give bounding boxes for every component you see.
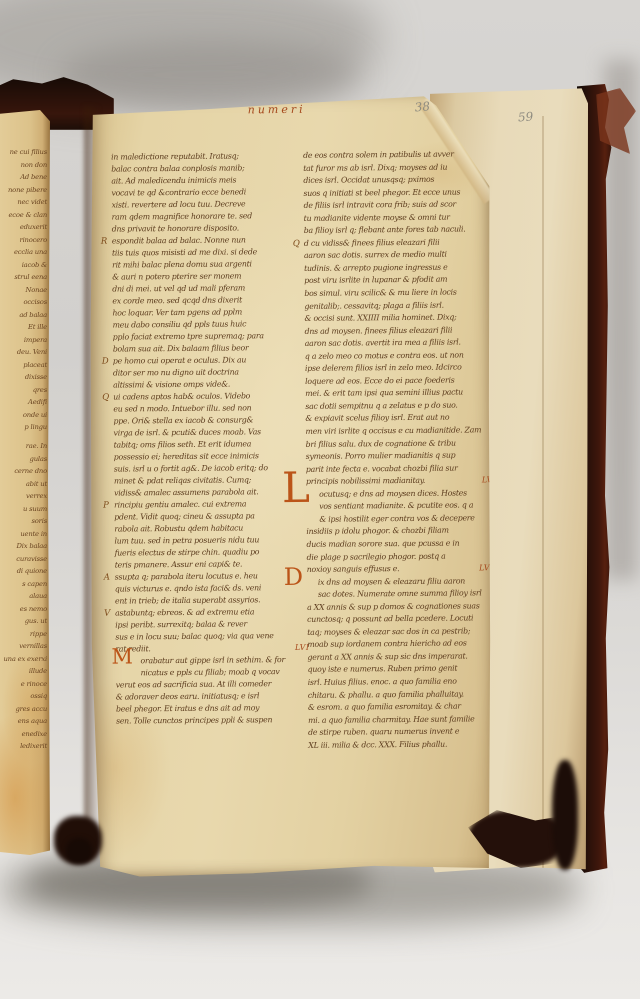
line-text: principis nobilissimi madianitay. — [306, 476, 425, 486]
fragment-line: Nonae — [1, 284, 47, 297]
line-text: dns privavit te honorare disposito. — [112, 223, 239, 233]
fragment-line: ecclia una — [1, 246, 47, 259]
line-text: ditor ser mo nu digno uit doctrina — [113, 367, 239, 377]
written-page: numeri 38 in maledictione reputabit. Ira… — [85, 94, 496, 877]
line-text: balac contra balaa conplosis manib; — [111, 163, 244, 173]
fragment-line: impera — [1, 334, 47, 347]
margin-initial: V — [104, 608, 110, 620]
line-text: pplo faciat extremo tpre supremaq; para — [113, 331, 264, 341]
fragment-line: none pibere — [1, 184, 47, 197]
line-text: de stirpe ruben. quaru numerus invent e — [308, 727, 459, 737]
fragment-line: gus. ut — [1, 615, 47, 628]
line-text: dni di mei. ut vel qd ud mali pferam — [112, 283, 245, 293]
text-column-right: de eos contra solem in patibulis ut avve… — [303, 148, 504, 752]
line-text: tu madianite vidente moyse & omni tur — [304, 212, 450, 222]
line-text: isrl. Huius filius. enoc. a quo familia … — [308, 677, 457, 687]
margin-initial: A — [104, 572, 110, 584]
fragment-line: verrex — [1, 490, 47, 503]
line-text: men viri isrlite q occisus e cu madianit… — [305, 425, 481, 436]
fragment-line: ens aqua — [1, 715, 47, 728]
line-text: symeonis. Porro mulier madianitis q sup — [306, 451, 456, 461]
line-text: vos sentiant madianite. & pcutite eos. q… — [319, 501, 473, 511]
line-text: espondit balaa ad balac. Nonne nun — [112, 235, 246, 245]
line-text: sac dotii sempitnu q a zelatus e p do su… — [305, 400, 457, 410]
rubricated-initial-m: M — [111, 646, 133, 667]
line-text: bos simul. viru scilic& & mu liere in lo… — [304, 288, 456, 298]
line-text: beel phegor. Et iratus e dns ait ad moy — [116, 703, 259, 713]
line-text: a XX annis & sup p domos & cognationes s… — [307, 601, 480, 612]
fragment-line: ad balaa — [1, 309, 47, 322]
margin-initial: R — [101, 236, 107, 248]
line-text: XL iii. milia & dcc. XXX. Filius phallu. — [308, 739, 447, 749]
line-text: ssupta q; parabola iteru locutus e. heu — [115, 571, 258, 581]
line-text: tat furor ms ab isrl. Dixq; moyses ad iu — [303, 162, 447, 172]
line-text: ducis madian sorore sua. que pcussa e in — [306, 538, 459, 548]
fragment-line: ecoe & clan — [1, 209, 47, 222]
fragment-line: Dix balaa — [1, 540, 47, 553]
line-text: & occisi sunt. XXIIII milia hominet. Dix… — [304, 313, 456, 323]
margin-initial: D — [102, 356, 109, 368]
fragment-line: uente in — [1, 528, 47, 541]
line-text: de filiis isrl intravit cora frib; suis … — [304, 200, 457, 210]
fragment-line: abit ut — [1, 478, 47, 491]
line-text: lum tuu. sed in petra posueris nidu tuu — [114, 535, 259, 545]
line-text: sus e in locu suu; balac quoq; via qua v… — [115, 631, 273, 641]
line-text: & auri n potero pterire ser monem — [112, 271, 241, 281]
line-text: noxioy sanguis effusus e. — [307, 564, 400, 574]
fragment-line: soris — [1, 515, 47, 528]
line-text: mei. & erit tam ipsi qua semini illius p… — [305, 388, 463, 398]
fragment-line: illude — [1, 665, 47, 678]
line-text: insidiis p idolu phogor. & chozbi filiam — [306, 526, 448, 536]
line-text: post viru isrlite in lupanar & pfodit am — [304, 275, 447, 285]
line-text: & expiavit scelus filioy isrl. Erat aut … — [305, 413, 449, 423]
line-text: ex corde meo. sed qcqd dns dixerit — [112, 295, 242, 305]
line-text: sac dotes. Numerate omne summa filioy is… — [318, 588, 482, 598]
line-text: possessio ei; hereditas sit ecce inimici… — [114, 451, 259, 461]
fragment-line: gres accu — [1, 703, 47, 716]
fragment-line: alaua — [1, 590, 47, 603]
line-text: die plage p sacrilegio phogor. postq a — [307, 551, 446, 561]
line-text: verut eos ad sacrificia sua. At illi com… — [116, 679, 272, 689]
line-text: chitaru. & phallu. a quo familia phallui… — [308, 689, 464, 699]
fragment-line: qres — [1, 384, 47, 397]
line-text: ocutusq; e dns ad moysen dices. Hostes — [319, 488, 467, 498]
line-text: quoy iste e numerus. Ruben primo genit — [308, 664, 458, 674]
fragment-line: ne cui filius — [1, 146, 47, 159]
line-text: tudinis. & arrepto pugione ingressus e — [304, 263, 447, 273]
line-text: in maledictione reputabit. Iratusq; — [111, 151, 239, 161]
fragment-line: Et ille — [1, 321, 47, 334]
line-text: rit mihi balac plena domu sua argenti — [112, 259, 252, 269]
text-line: XL iii. milia & dcc. XXX. Filius phallu. — [308, 738, 504, 752]
page-edge-line — [542, 116, 544, 916]
line-text: vidiss& amalec assumens parabola ait. — [114, 487, 259, 497]
fragment-line: u suum — [1, 503, 47, 516]
fragment-line: rinocero — [1, 234, 47, 247]
line-text: dns ad moysen. finees filius eleazari fi… — [305, 325, 453, 335]
rubricated-initial-d: D — [284, 565, 303, 589]
fragment-line: non don — [1, 159, 47, 172]
line-text: de eos contra solem in patibulis ut avve… — [303, 150, 454, 160]
fragment-line: es nemo — [1, 603, 47, 616]
line-text: teris pmanere. Assur eni capi& te. — [115, 559, 243, 569]
fragment-line: gulas — [1, 453, 47, 466]
folio-number-left: 38 — [414, 99, 431, 114]
fragment-line: ossiq — [1, 690, 47, 703]
line-text: altissimi & visione omps vide&. — [113, 380, 230, 390]
binding-bottom-gap-dark — [66, 838, 92, 864]
margin-initial: Q — [293, 238, 300, 251]
line-text: ba filioy isrl q; flebant ante fores tab… — [304, 225, 466, 235]
line-text: tiis tuis quos misisti ad me dixi. si de… — [112, 247, 257, 257]
line-text: virga de isrl. & pcuti& duces moab. Vas — [113, 427, 260, 437]
line-text: ent in trieb; de italia superabt assyrio… — [115, 595, 260, 605]
fragment-line: rippe — [1, 628, 47, 641]
fragment-line: s capen — [1, 578, 47, 591]
fragment-line: e rinoce — [1, 678, 47, 691]
text-line: sen. Tolle cunctos principes ppli & susp… — [116, 714, 312, 728]
line-text: loquere ad eos. Ecce do ei pace foederis — [305, 375, 454, 385]
line-text: suos q initiati st beel phegor. Et ecce … — [303, 187, 460, 197]
line-text: vocavi te qd &contrario ecce benedi — [111, 187, 246, 197]
fragment-line: occisos — [1, 296, 47, 309]
line-text: suis. isrl u o fortit ag&. De iacob erit… — [114, 463, 268, 473]
line-text: mi. a quo familia charmitay. Hae sunt fa… — [308, 714, 474, 724]
line-text: moab sup iordanem contra hiericho ad eos — [307, 639, 466, 649]
fragment-line: placeat — [1, 359, 47, 372]
line-text: dices isrl. Occidat unusqsq; pximos — [303, 175, 434, 185]
line-text: meu dabo consiliu qd ppls tuus huic — [113, 319, 247, 329]
fragment-line: di quione — [1, 565, 47, 578]
line-text: d cu vidiss& finees filius eleazari fili… — [304, 238, 440, 248]
fragment-line: rae. In — [1, 440, 47, 453]
line-text: rincipiu gentiu amalec. cui extrema — [114, 499, 246, 509]
line-text: q a zelo meo co motus e contra eos. ut n… — [305, 350, 464, 360]
line-text: pdent. Vidit quoq; cineu & assupta pa — [114, 511, 254, 521]
line-text: sen. Tolle cunctos principes ppli & susp… — [116, 715, 272, 725]
facing-page-text-edge: ne cui filiusnon donAd benenone piberene… — [0, 110, 50, 858]
line-text: bri filius salu. dux de cognatione & tri… — [306, 438, 456, 448]
line-text: ppe. Ori& stella ex iacob & consurg& — [113, 415, 253, 425]
line-text: ui cadens aptos hab& oculos. Videbo — [113, 391, 250, 401]
line-text: ix dns ad moysen & eleazaru filiu aaron — [318, 576, 465, 586]
line-text: pe homo cui operat e oculus. Dix au — [113, 355, 246, 365]
fragment-line: Ad bene — [1, 171, 47, 184]
running-title: numeri — [248, 103, 306, 117]
fragment-line: nec videt — [1, 196, 47, 209]
fragment-column-bottom: rae. Ingulascerne dnoabit utverrexu suum… — [1, 440, 47, 753]
manuscript-photo: 59 ne cui filiusnon donAd benenone piber… — [0, 0, 640, 999]
fragment-line: eduxerit — [1, 221, 47, 234]
line-text: & adoraver deos earu. initiatusq; e isrl — [116, 691, 260, 701]
line-text: aaron sac dotis. avertit ira mea a filii… — [305, 338, 461, 348]
margin-initial: P — [103, 500, 109, 512]
fragment-line: iacob & — [1, 259, 47, 272]
folio-number-right: 59 — [518, 109, 534, 124]
fragment-line: Aedifi — [1, 396, 47, 409]
fragment-line: enedixe — [1, 728, 47, 741]
fragment-line: curavisse — [1, 553, 47, 566]
line-text: ipse delerem filios isrl in zelo meo. Id… — [305, 363, 462, 373]
line-text: tabitq; oms filios seth. Et erit idumea — [114, 439, 252, 449]
line-text: genitalib;. cessavitq; plaga a filiis is… — [304, 300, 443, 310]
fragment-line: dixisse — [1, 371, 47, 384]
line-text: fueris electus de stirpe chin. quadiu po — [115, 547, 260, 557]
fragment-line: p lingu — [1, 421, 47, 434]
line-text: ram qdem magnifice honorare te. sed — [112, 211, 252, 221]
binding-right-lower — [552, 760, 578, 870]
line-text: rabola ait. Robustu qdem habitacu — [114, 523, 243, 533]
line-text: hoc loquar. Ver tam pgens ad pplm — [112, 307, 242, 317]
line-text: eu sed n modo. Intuebor illu. sed non — [113, 403, 251, 413]
margin-initial: Q — [102, 392, 109, 404]
line-text: xisti. revertere ad locu tuu. Decreve — [112, 199, 246, 209]
line-text: astabuntq; ebreos. & ad extremu etia — [115, 607, 254, 617]
line-text: bolam sua ait. Dix balaam filius beor — [113, 343, 249, 353]
line-text: nicatus e ppls cu filiab; moab q vocav — [141, 667, 280, 677]
fragment-line: onde ui — [1, 409, 47, 422]
fragment-line: cerne dno — [1, 465, 47, 478]
line-text: orabatur aut gippe isrl in sethim. & for — [140, 655, 285, 665]
fragment-line: ledixerit — [1, 740, 47, 753]
line-text: taq; moyses & eleazar sac dos in ca pest… — [307, 626, 470, 636]
line-text: & esrom. a quo familia esromitay. & char — [308, 702, 461, 712]
fragment-line: deu. Veni — [1, 346, 47, 359]
fragment-line: vernillas — [1, 640, 47, 653]
line-text: aaron sac dotis. surrex de medio multi — [304, 250, 447, 260]
line-text: cunctosq; q possunt ad bella pcedere. Lo… — [307, 614, 473, 624]
line-text: quis victurus e. qndo ista faci& ds. ven… — [115, 583, 261, 593]
line-text: gerant a XX annis & sup sic dns imperara… — [307, 651, 467, 661]
rubricated-initial-l: L — [282, 467, 310, 509]
line-text: ipsi peribt. surrexitq; balaa & rever — [115, 619, 247, 629]
line-text: & ipsi hostilit eger contra vos & decepe… — [319, 513, 474, 523]
text-column-left: in maledictione reputabit. Iratusq;balac… — [111, 150, 312, 728]
line-text: minet & pdat reliqas civitatis. Cumq; — [114, 475, 251, 485]
fragment-line: una ex exerxi — [1, 653, 47, 666]
line-text: ait. Ad maledicendu inimicis meis — [111, 175, 236, 185]
line-text: parit inte fecta e. vocabat chozbi filia… — [306, 463, 458, 473]
fragment-line: strul eena — [1, 271, 47, 284]
fragment-column-top: ne cui filiusnon donAd benenone piberene… — [1, 146, 47, 434]
